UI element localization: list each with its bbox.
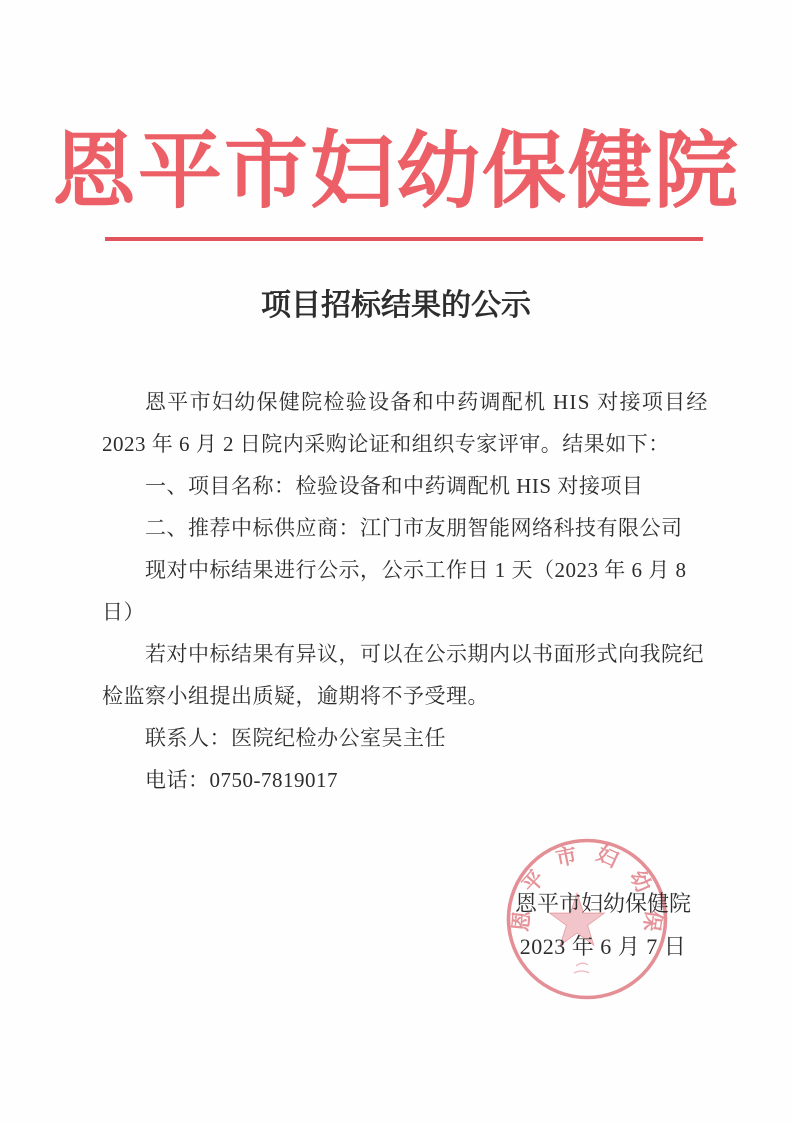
body-line: 日） [102, 591, 708, 633]
body-line: 若对中标结果有异议，可以在公示期内以书面形式向我院纪 [102, 633, 708, 675]
letterhead-rule [105, 237, 703, 241]
body-line: 电话：0750-7819017 [102, 759, 708, 801]
document-body: 恩平市妇幼保健院检验设备和中药调配机 HIS 对接项目经 2023 年 6 月 … [102, 381, 708, 801]
body-line: 检监察小组提出质疑，逾期将不予受理。 [102, 675, 708, 717]
body-line: 2023 年 6 月 2 日院内采购论证和组织专家评审。结果如下： [102, 423, 708, 465]
body-line: 二、推荐中标供应商：江门市友朋智能网络科技有限公司 [102, 507, 708, 549]
signature-date: 2023 年 6 月 7 日 [500, 932, 706, 962]
signature-org-name: 恩平市妇幼保健院 [500, 889, 706, 919]
body-line: 恩平市妇幼保健院检验设备和中药调配机 HIS 对接项目经 [102, 381, 708, 423]
scanned-document-page: 恩平市妇幼保健院 项目招标结果的公示 恩平市妇幼保健院检验设备和中药调配机 HI… [0, 0, 792, 1124]
official-seal-stamp: 恩平市妇幼保健院 [498, 830, 676, 1008]
document-title: 项目招标结果的公示 [0, 285, 792, 327]
body-line: 现对中标结果进行公示，公示工作日 1 天（2023 年 6 月 8 [102, 549, 708, 591]
letterhead-org-name: 恩平市妇幼保健院 [0, 124, 792, 222]
body-line: 一、项目名称：检验设备和中药调配机 HIS 对接项目 [102, 465, 708, 507]
seal-bottom-mark [574, 963, 589, 973]
body-line: 联系人：医院纪检办公室吴主任 [102, 717, 708, 759]
